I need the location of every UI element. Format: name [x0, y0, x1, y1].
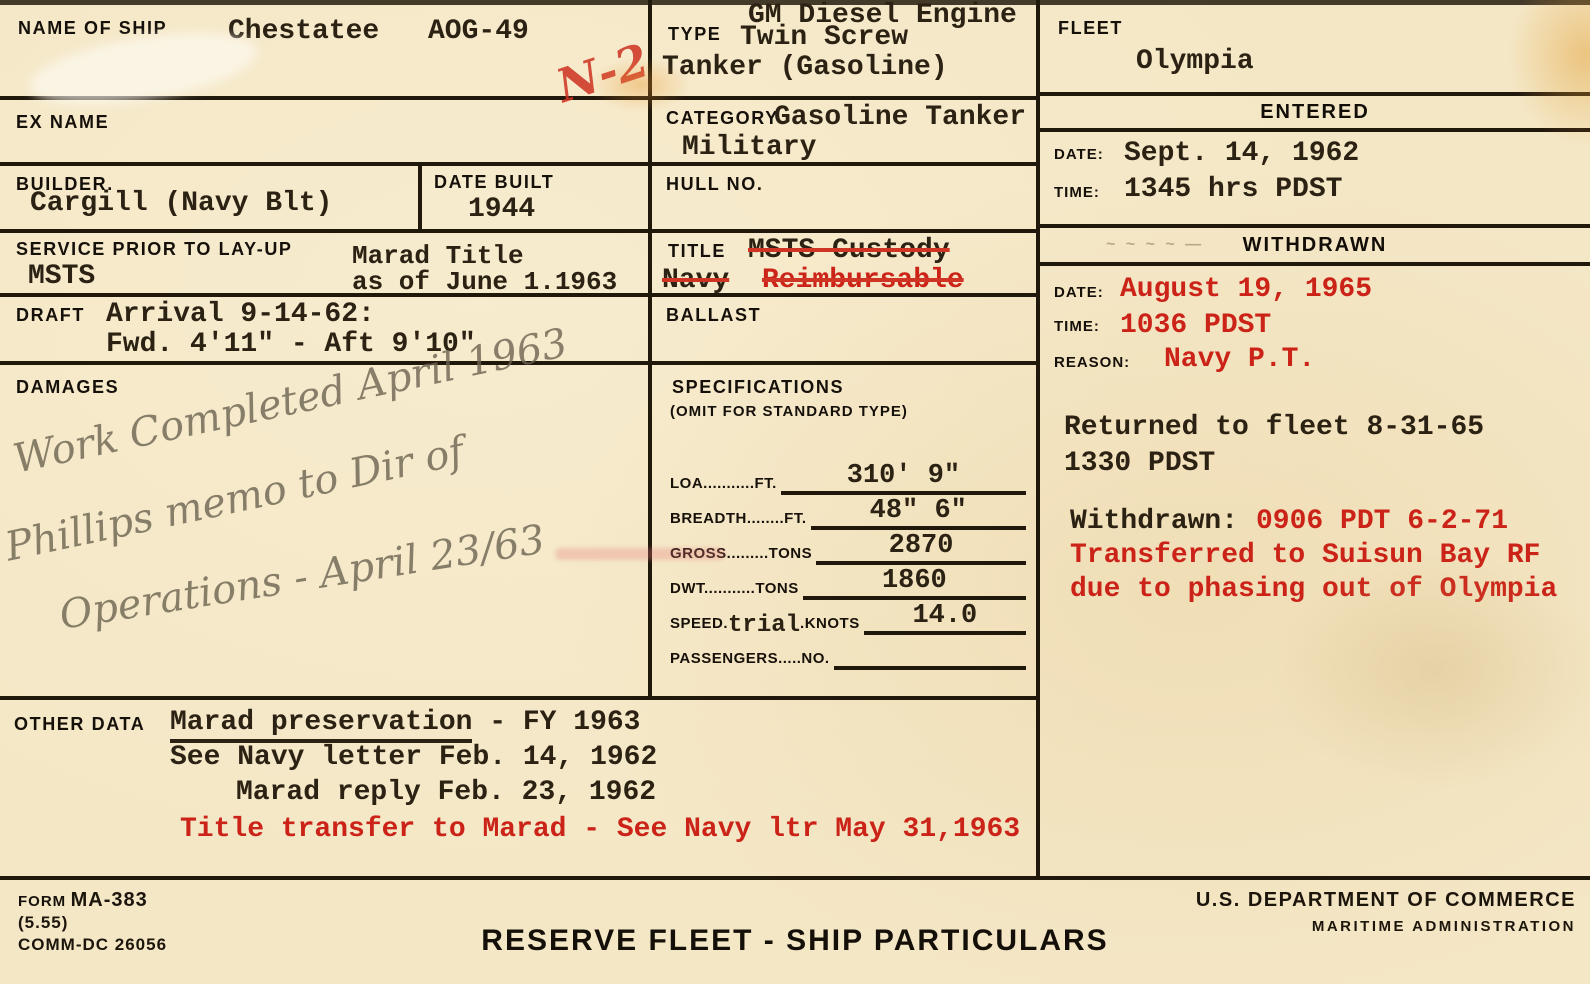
field-builder: BUILDER. Cargill (Navy Blt): [0, 166, 422, 233]
field-ex-name: EX NAME: [0, 100, 652, 166]
field-title: TITLE MSTS Custody Navy Reimbursable: [652, 233, 1040, 297]
damages-label: DAMAGES: [16, 377, 119, 398]
spec-breadth-label: BREADTH........FT.: [670, 510, 807, 530]
field-category: CATEGORY Gasoline Tanker Military: [652, 100, 1040, 166]
field-other-data: OTHER DATA Marad preservation - FY 1963 …: [0, 700, 1040, 880]
withdrawn-date-value: August 19, 1965: [1120, 274, 1372, 305]
field-ballast: BALLAST: [652, 297, 1040, 365]
spec-gross-value: 2870: [816, 531, 1026, 565]
returned-note-line2: 1330 PDST: [1064, 448, 1215, 479]
transfer-note-line1: Transferred to Suisun Bay RF: [1070, 540, 1540, 571]
spec-row-gross: GROSS.........TONS 2870: [670, 531, 1026, 565]
spec-row-loa: LOA...........FT. 310' 9": [670, 461, 1026, 495]
other-line3: Marad reply Feb. 23, 1962: [236, 777, 656, 808]
withdrawn-time-label: TIME:: [1054, 318, 1100, 335]
withdrawn-time-value: 1036 PDST: [1120, 310, 1271, 341]
field-date-built: DATE BUILT 1944: [422, 166, 652, 233]
entered-date-label: DATE:: [1054, 146, 1104, 163]
withdrawn-body: DATE: August 19, 1965 TIME: 1036 PDST RE…: [1040, 266, 1590, 880]
service-note-line1: Marad Title: [352, 243, 617, 269]
ship-hull-code: AOG-49: [428, 16, 529, 47]
footer: FORM MA-383 (5.55) COMM-DC 26056 RESERVE…: [0, 880, 1590, 984]
spec-breadth-value: 48" 6": [811, 496, 1027, 530]
other-data-lines: Marad preservation - FY 1963 See Navy le…: [170, 706, 1020, 848]
withdrawn-reason-label: REASON:: [1054, 354, 1130, 371]
date-built-label: DATE BUILT: [434, 172, 554, 193]
ballast-label: BALLAST: [666, 305, 761, 326]
service-title-note: Marad Title as of June 1.1963: [352, 243, 617, 295]
card-title-text: RESERVE FLEET - SHIP PARTICULARS: [481, 924, 1108, 957]
entered-time-value: 1345 hrs PDST: [1124, 174, 1342, 205]
draft-label: DRAFT: [16, 305, 85, 326]
specifications-subtitle: (OMIT FOR STANDARD TYPE): [670, 403, 908, 420]
spec-row-dwt: DWT...........TONS 1860: [670, 566, 1026, 600]
transfer-note-line2: due to phasing out of Olympia: [1070, 574, 1557, 605]
spec-row-passengers: PASSENGERS.....NO.: [670, 636, 1026, 670]
spec-speed-mid: trial: [728, 617, 800, 635]
field-type: TYPE GM Diesel Engine Twin Screw Tanker …: [652, 0, 1040, 100]
other-line1-rest: - FY 1963: [472, 707, 640, 738]
field-fleet: FLEET Olympia: [1040, 0, 1590, 96]
field-damages: DAMAGES Work Completed April 1963 Philli…: [0, 365, 652, 700]
hull-no-label: HULL NO.: [666, 174, 763, 195]
spec-speed-post: .KNOTS: [800, 615, 860, 635]
service-note-line2: as of June 1.1963: [352, 269, 617, 295]
spec-loa-label: LOA...........FT.: [670, 475, 777, 495]
form-label: FORM: [18, 893, 66, 910]
title-line2-reimbursable-struck: Reimbursable: [762, 265, 964, 296]
other-data-label: OTHER DATA: [14, 714, 145, 735]
agency-block: U.S. DEPARTMENT OF COMMERCE MARITIME ADM…: [1196, 888, 1576, 939]
spec-row-speed: SPEED.trial.KNOTS 14.0: [670, 601, 1026, 635]
spec-passengers-label: PASSENGERS.....NO.: [670, 650, 830, 670]
specifications-title: SPECIFICATIONS: [672, 377, 844, 398]
draft-line1: Arrival 9-14-62:: [106, 299, 375, 330]
fleet-label: FLEET: [1058, 18, 1123, 39]
withdrawn-date-label: DATE:: [1054, 284, 1104, 301]
type-line3: Tanker (Gasoline): [662, 52, 948, 83]
service-prior-label: SERVICE PRIOR TO LAY-UP: [16, 239, 293, 260]
field-service-prior: SERVICE PRIOR TO LAY-UP MSTS Marad Title…: [0, 233, 652, 297]
other-line2: See Navy letter Feb. 14, 1962: [170, 742, 657, 773]
ship-particulars-card: NAME OF SHIP Chestatee AOG-49 EX NAME BU…: [0, 0, 1590, 984]
spec-loa-value: 310' 9": [781, 461, 1026, 495]
other-line1-underlined: Marad preservation: [170, 707, 472, 743]
withdrawn-note-label: Withdrawn:: [1070, 506, 1238, 537]
agency-line2: MARITIME ADMINISTRATION: [1312, 918, 1576, 935]
title-label: TITLE: [668, 241, 726, 262]
spec-speed-label: SPEED.: [670, 615, 728, 635]
other-line4-red: Title transfer to Marad - See Navy ltr M…: [180, 814, 1020, 845]
spec-row-breadth: BREADTH........FT. 48" 6": [670, 496, 1026, 530]
spec-dwt-value: 1860: [803, 566, 1026, 600]
fleet-value: Olympia: [1136, 46, 1254, 77]
ship-name-value: Chestatee: [228, 16, 379, 47]
spec-gross-label: GROSS.........TONS: [670, 545, 812, 565]
withdrawn-note-value: 0906 PDT 6-2-71: [1256, 506, 1508, 537]
withdrawn-header-band: ~ ~ ~ ~ — WITHDRAWN: [1040, 228, 1590, 266]
builder-value: Cargill (Navy Blt): [30, 188, 332, 219]
service-prior-value: MSTS: [28, 261, 95, 292]
returned-note-line1: Returned to fleet 8-31-65: [1064, 412, 1484, 443]
ex-name-label: EX NAME: [16, 112, 109, 133]
entered-header-band: ENTERED: [1040, 96, 1590, 132]
field-hull-no: HULL NO.: [652, 166, 1040, 233]
field-name-of-ship: NAME OF SHIP Chestatee AOG-49: [0, 0, 652, 100]
category-line1: Gasoline Tanker: [774, 102, 1026, 133]
title-line1-struck: MSTS Custody: [748, 235, 950, 266]
date-built-value: 1944: [468, 194, 535, 225]
entered-time-label: TIME:: [1054, 184, 1100, 201]
name-of-ship-label: NAME OF SHIP: [18, 18, 167, 39]
type-line2: Twin Screw: [740, 22, 908, 53]
spec-speed-value: 14.0: [864, 601, 1026, 635]
entered-header: ENTERED: [1040, 96, 1590, 128]
field-specifications: SPECIFICATIONS (OMIT FOR STANDARD TYPE) …: [652, 365, 1040, 700]
erased-text: ~ ~ ~ ~ —: [1106, 236, 1204, 254]
category-line2: Military: [682, 132, 816, 163]
category-label: CATEGORY: [666, 108, 779, 129]
type-label: TYPE: [668, 24, 721, 45]
withdrawn-reason-value: Navy P.T.: [1164, 344, 1315, 375]
entered-body: DATE: Sept. 14, 1962 TIME: 1345 hrs PDST: [1040, 132, 1590, 228]
title-line2-navy-struck: Navy: [662, 265, 729, 296]
spec-dwt-label: DWT...........TONS: [670, 580, 799, 600]
spec-passengers-value: [834, 666, 1026, 670]
form-number: MA-383: [71, 889, 148, 911]
agency-line1: U.S. DEPARTMENT OF COMMERCE: [1196, 889, 1576, 911]
entered-date-value: Sept. 14, 1962: [1124, 138, 1359, 169]
